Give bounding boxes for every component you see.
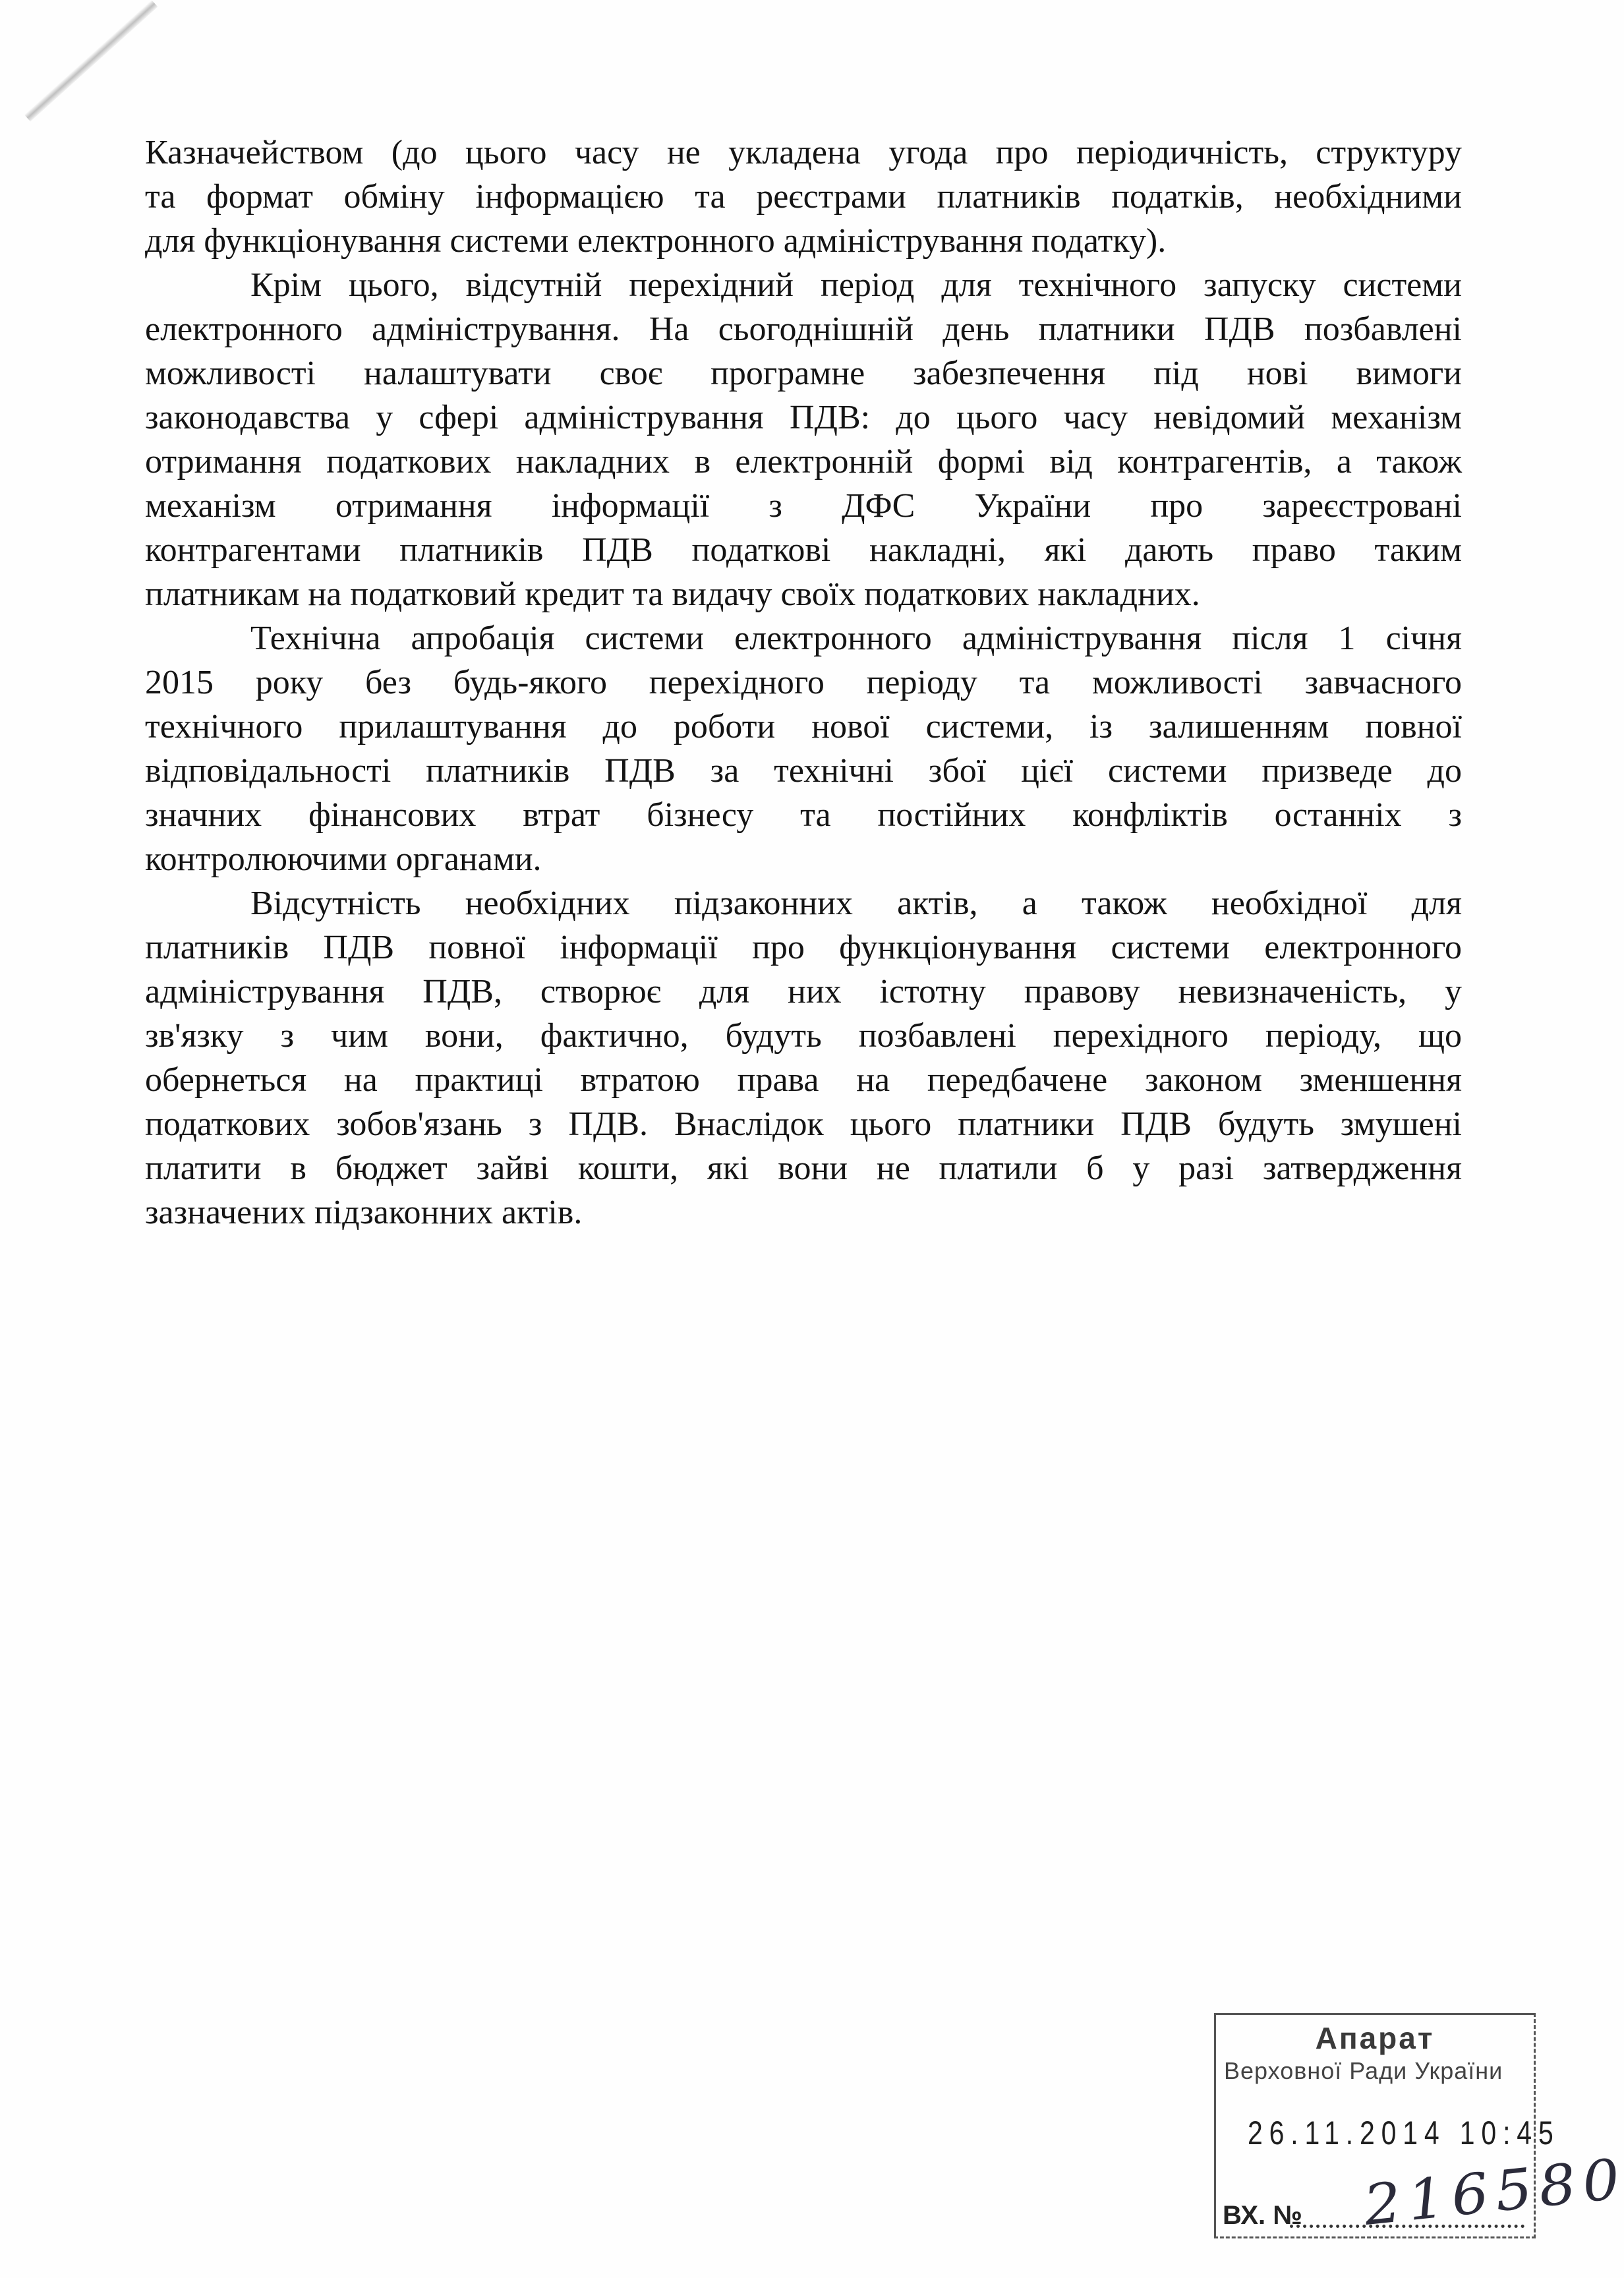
stamp-handwritten-number: 216580 [1361,2146,1624,2238]
text-line: зазначених підзаконних актів. [145,1190,1462,1235]
text-line: платників ПДВ повної інформації про функ… [145,925,1462,970]
text-line: Відсутність необхідних підзаконних актів… [145,881,1462,925]
text-line: Казначейством (до цього часу не укладена… [145,131,1462,175]
text-line: законодавства у сфері адміністрування ПД… [145,395,1462,440]
text-line: отримання податкових накладних в електро… [145,440,1462,484]
text-line: контрагентами платників ПДВ податкові на… [145,528,1462,572]
paragraph: Крім цього, відсутній перехідний період … [145,263,1462,616]
text-line: Технічна апробація системи електронного … [145,616,1462,660]
stamp-title: Апарат [1216,2020,1534,2056]
text-line: значних фінансових втрат бізнесу та пост… [145,793,1462,837]
text-line: платникам на податковий кредит та видачу… [145,572,1462,616]
text-line: технічного прилаштування до роботи нової… [145,705,1462,749]
text-line: електронного адміністрування. На сьогодн… [145,307,1462,351]
text-line: 2015 року без будь-якого перехідного пер… [145,660,1462,705]
stamp-datetime: 26.11.2014 10:45 [1248,2114,1560,2152]
text-line: можливості налаштувати своє програмне за… [145,351,1462,395]
text-line: платити в бюджет зайві кошти, які вони н… [145,1146,1462,1190]
paragraph: Відсутність необхідних підзаконних актів… [145,881,1462,1235]
paragraph: Казначейством (до цього часу не укладена… [145,131,1462,263]
document-page: Казначейством (до цього часу не укладена… [0,0,1624,2278]
document-body: Казначейством (до цього часу не укладена… [145,131,1462,1235]
scan-artifact [24,0,158,121]
text-line: відповідальності платників ПДВ за техніч… [145,749,1462,793]
text-line: та формат обміну інформацією та реєстрам… [145,175,1462,219]
text-line: зв'язку з чим вони, фактично, будуть поз… [145,1014,1462,1058]
text-line: механізм отримання інформації з ДФС Укра… [145,484,1462,528]
text-line: податкових зобов'язань з ПДВ. Внаслідок … [145,1102,1462,1146]
text-line: контролюючими органами. [145,837,1462,881]
registration-stamp: Апарат Верховної Ради України 26.11.2014… [1214,2013,1536,2238]
text-line: Крім цього, відсутній перехідний період … [145,263,1462,307]
text-line: адміністрування ПДВ, створює для них іст… [145,970,1462,1014]
stamp-organization: Верховної Ради України [1224,2057,1528,2085]
text-line: обернеться на практиці втратою права на … [145,1058,1462,1102]
paragraph: Технічна апробація системи електронного … [145,616,1462,881]
text-line: для функціонування системи електронного … [145,219,1462,263]
